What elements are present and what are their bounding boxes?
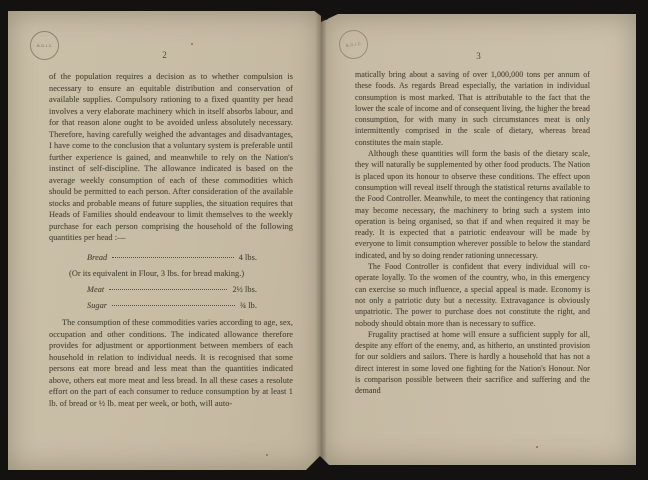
flour-equivalent-note: (Or its equivalent in Flour, 3 lbs. for … bbox=[69, 268, 279, 280]
ration-label: Bread bbox=[87, 252, 107, 264]
ration-value: 4 lbs. bbox=[239, 252, 257, 264]
paragraph: The Food Controller is confident that ev… bbox=[355, 261, 590, 329]
ration-row-sugar: Sugar ¾ lb. bbox=[87, 300, 257, 312]
ration-label: Sugar bbox=[87, 300, 107, 312]
scanned-book-spread: B.D.I.C 2 of the population requires a d… bbox=[0, 0, 648, 480]
page-number: 3 bbox=[321, 51, 636, 61]
dust-speck bbox=[191, 43, 193, 45]
leader-dots bbox=[112, 257, 234, 258]
page-number: 2 bbox=[8, 50, 321, 60]
paragraph: The consumption of these commodities var… bbox=[49, 317, 293, 409]
paragraph: Although these quantities will form the … bbox=[355, 148, 590, 261]
paragraph: of the population requires a decision as… bbox=[49, 71, 293, 244]
page-2: B.D.I.C 2 of the population requires a d… bbox=[8, 11, 321, 470]
leader-dots bbox=[109, 289, 227, 290]
dust-speck bbox=[266, 454, 268, 456]
page-3: B.D.I.C 3 matically bring about a saving… bbox=[321, 14, 636, 465]
paragraph: Frugality practised at home will ensure … bbox=[355, 329, 590, 397]
leader-dots bbox=[112, 305, 235, 306]
stamp-text: B.D.I.C bbox=[346, 41, 362, 48]
ration-value: ¾ lb. bbox=[240, 300, 257, 312]
ration-row-meat: Meat 2½ lbs. bbox=[87, 284, 257, 296]
page-2-text: of the population requires a decision as… bbox=[49, 71, 293, 409]
page-3-text: matically bring about a saving of over 1… bbox=[355, 69, 590, 397]
dust-speck bbox=[536, 446, 538, 448]
ration-value: 2½ lbs. bbox=[232, 284, 257, 296]
ration-list: Bread 4 lbs. (Or its equivalent in Flour… bbox=[49, 252, 293, 312]
stamp-text: B.D.I.C bbox=[37, 43, 52, 48]
paragraph: matically bring about a saving of over 1… bbox=[355, 69, 590, 148]
ration-row-bread: Bread 4 lbs. bbox=[87, 252, 257, 264]
ration-label: Meat bbox=[87, 284, 104, 296]
